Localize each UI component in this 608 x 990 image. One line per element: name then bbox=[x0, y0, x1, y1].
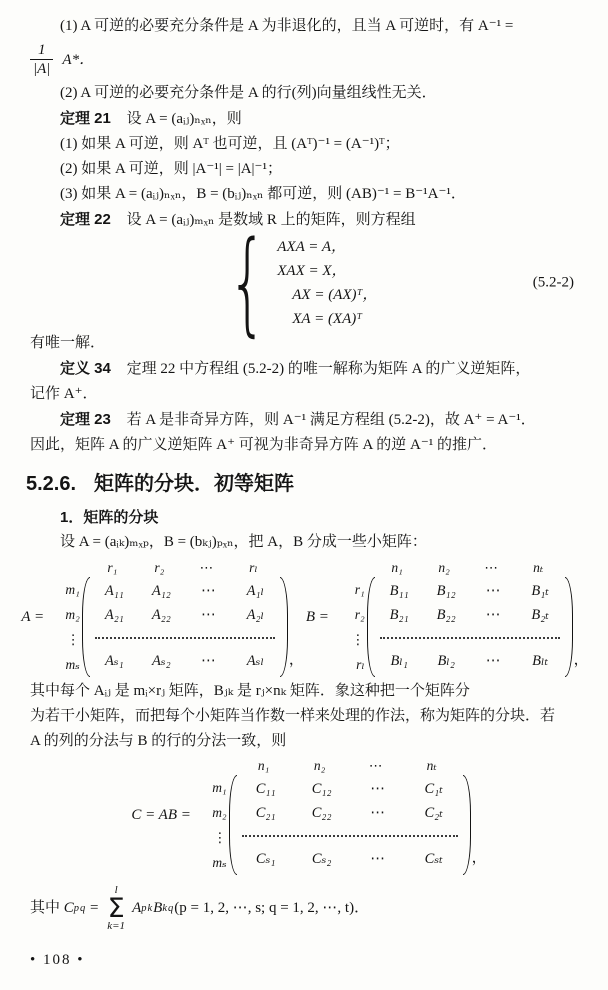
matrix-cell: B₁₁ bbox=[376, 579, 423, 603]
matrix-cell: Bₗ₁ bbox=[376, 649, 423, 673]
matrix-row-labels: r₁r₂⋮rₗ bbox=[339, 577, 367, 677]
text-line: 1．矩阵的分块 bbox=[60, 509, 158, 526]
text-line: (2) A 可逆的必要充分条件是 A 的行(列)向量组线性无关． bbox=[60, 85, 437, 101]
matrix-row: B₂₁B₂₂⋯B₂ₜ bbox=[376, 603, 564, 627]
matrix-cells: A₁₁A₁₂⋯A₁ₗA₂₁A₂₂⋯A₂ₗAₛ₁Aₛ₂⋯Aₛₗ bbox=[90, 577, 280, 677]
paragraph-invertible-item2: (2) A 可逆的必要充分条件是 A 的行(列)向量组线性无关． bbox=[30, 81, 588, 106]
partitioned-matrix-a: A = r₁r₂⋯rₗm₁m₂⋮mₛA₁₁A₁₂⋯A₁ₗA₂₁A₂₂⋯A₂ₗAₛ… bbox=[21, 558, 304, 677]
matrix-cell: ⋯ bbox=[185, 579, 232, 603]
matrix-cell: ⋯ bbox=[350, 801, 406, 825]
text-line: 为若干小矩阵，而把每个小矩阵当作数一样来处理的作法，称为矩阵的分块．若 bbox=[30, 708, 555, 724]
left-brace: { bbox=[228, 235, 267, 331]
theorem-23-line1: 定理 23 若 A 是非奇异方阵，则 A⁻¹ 满足方程组 (5.2-2)，故 A… bbox=[30, 407, 588, 433]
matrix-cell: Cₛ₂ bbox=[294, 847, 350, 871]
matrix-cell: ⋯ bbox=[185, 603, 232, 627]
matrix-cell: A₁ₗ bbox=[232, 579, 279, 603]
matrix-cell: A₂₁ bbox=[91, 603, 138, 627]
formula-condition: (p = 1, 2, ⋯, s; q = 1, 2, ⋯, t)． bbox=[174, 896, 369, 921]
right-parenthesis bbox=[463, 775, 471, 875]
fraction: 1 |A| bbox=[30, 42, 53, 78]
matrix-column-header: ⋯ bbox=[183, 558, 230, 577]
equation-line: AXA = A， bbox=[277, 235, 377, 259]
matrix-cell: ⋯ bbox=[350, 847, 406, 871]
section-title: 矩阵的分块．初等矩阵 bbox=[94, 471, 294, 497]
text-line: 定理 22 中方程组 (5.2-2) 的唯一解称为矩阵 A 的广义逆矩阵， bbox=[127, 361, 531, 377]
definition-34-label: 定义 34 bbox=[60, 360, 111, 377]
matrix-row: Cₛ₁Cₛ₂⋯Cₛₜ bbox=[238, 847, 462, 871]
matrix-cell: ⋯ bbox=[470, 579, 517, 603]
matrix-cell: Cₛₜ bbox=[406, 847, 462, 871]
paragraph-invertible-item1: (1) A 可逆的必要充分条件是 A 为非退化的，且当 A 可逆时，有 A⁻¹ … bbox=[30, 14, 588, 39]
matrix-lhs: B = bbox=[306, 605, 333, 630]
matrix-row: Bₗ₁Bₗ₂⋯Bₗₜ bbox=[376, 649, 564, 673]
equation-number: (5.2-2) bbox=[533, 271, 574, 296]
definition-34-line1: 定义 34 定理 22 中方程组 (5.2-2) 的唯一解称为矩阵 A 的广义逆… bbox=[30, 356, 588, 382]
matrix-cell: B₁ₜ bbox=[517, 579, 564, 603]
matrix-lhs: A = bbox=[21, 605, 48, 630]
matrix-cells: B₁₁B₁₂⋯B₁ₜB₂₁B₂₂⋯B₂ₜBₗ₁Bₗ₂⋯Bₗₜ bbox=[375, 577, 565, 677]
theorem-21-heading: 定理 21 设 A = (aᵢⱼ)ₙₓₙ，则 bbox=[30, 106, 588, 132]
a-subscript: pk bbox=[141, 896, 153, 921]
subsection-heading: 1．矩阵的分块 bbox=[30, 506, 588, 530]
text-line: 因此，矩阵 A 的广义逆矩阵 A⁺ 可视为非奇异方阵 A 的逆 A⁻¹ 的推广． bbox=[30, 437, 497, 453]
right-parenthesis bbox=[565, 577, 573, 677]
matrix-column-header: rₗ bbox=[230, 558, 277, 577]
matrix-trailing-comma: ， bbox=[471, 846, 487, 875]
matrix-cell: C₁₁ bbox=[238, 777, 294, 801]
matrix-row-label: r₁ bbox=[339, 577, 365, 602]
text-line: 设 A = (aᵢₖ)ₘₓₚ，B = (bₖⱼ)ₚₓₙ，把 A，B 分成一些小矩… bbox=[60, 534, 427, 550]
matrix-cell: Bₗ₂ bbox=[423, 649, 470, 673]
matrix-cell: Cₛ₁ bbox=[238, 847, 294, 871]
matrix-column-headers: r₁r₂⋯rₗ bbox=[89, 558, 288, 577]
partition-paragraph-line1: 其中每个 Aᵢⱼ 是 mᵢ×rⱼ 矩阵，Bⱼₖ 是 rⱼ×nₖ 矩阵．象这种把一… bbox=[30, 679, 588, 704]
matrix-column-header: ⋯ bbox=[468, 558, 515, 577]
section-number: 5.2.6. bbox=[26, 471, 76, 497]
theorem-23-label: 定理 23 bbox=[60, 411, 111, 428]
c-variable: C bbox=[64, 896, 74, 921]
matrix-row-label: rₗ bbox=[339, 652, 365, 677]
matrix-column-headers: n₁n₂⋯nₜ bbox=[374, 558, 573, 577]
formula-prefix: 其中 bbox=[30, 896, 64, 921]
matrix-cell: B₂₂ bbox=[423, 603, 470, 627]
matrix-dotted-row bbox=[238, 825, 462, 847]
matrix-cell: A₁₂ bbox=[138, 579, 185, 603]
matrix-cell: B₂₁ bbox=[376, 603, 423, 627]
matrix-row-label: r₂ bbox=[339, 602, 365, 627]
left-parenthesis bbox=[367, 577, 375, 677]
matrix-body: m₁m₂⋮mₛC₁₁C₁₂⋯C₁ₜC₂₁C₂₂⋯C₂ₜCₛ₁Cₛ₂⋯Cₛₜ bbox=[201, 775, 471, 875]
matrix-trailing-comma: ， bbox=[288, 648, 304, 677]
text-line: (2) 如果 A 可逆，则 |A⁻¹| = |A|⁻¹； bbox=[60, 161, 282, 177]
block-product-formula: 其中 Cpq = l Σ k=1 Apk Bkq (p = 1, 2, ⋯, s… bbox=[30, 882, 588, 934]
matrix-column-header: n₂ bbox=[421, 558, 468, 577]
text-line: (1) A 可逆的必要充分条件是 A 为非退化的，且当 A 可逆时，有 A⁻¹ … bbox=[60, 18, 513, 34]
text-line: 其中每个 Aᵢⱼ 是 mᵢ×rⱼ 矩阵，Bⱼₖ 是 rⱼ×nₖ 矩阵．象这种把一… bbox=[30, 683, 470, 699]
matrix-row: A₁₁A₁₂⋯A₁ₗ bbox=[91, 579, 279, 603]
matrix-cell: Aₛ₂ bbox=[138, 649, 185, 673]
matrix-row-label: mₛ bbox=[54, 652, 80, 677]
matrix-cell: Aₛₗ bbox=[232, 649, 279, 673]
c-subscript: pq bbox=[74, 896, 87, 921]
theorem-21-item-3: (3) 如果 A = (aᵢⱼ)ₙₓₙ，B = (bᵢⱼ)ₙₓₙ 都可逆，则 (… bbox=[30, 182, 588, 207]
matrix-cell: ⋯ bbox=[470, 649, 517, 673]
partition-paragraph-line3: A 的列的分法与 B 的行的分法一致，则 bbox=[30, 729, 588, 754]
partitioned-matrices-a-b: A = r₁r₂⋯rₗm₁m₂⋮mₛA₁₁A₁₂⋯A₁ₗA₂₁A₂₂⋯A₂ₗAₛ… bbox=[22, 558, 588, 677]
matrix-cell: Aₛ₁ bbox=[91, 649, 138, 673]
page-number: • 108 • bbox=[30, 948, 588, 973]
left-parenthesis bbox=[82, 577, 90, 677]
equals-sign: = bbox=[86, 896, 102, 921]
matrix-column-header: n₁ bbox=[374, 558, 421, 577]
theorem-23-line2: 因此，矩阵 A 的广义逆矩阵 A⁺ 可视为非奇异方阵 A 的逆 A⁻¹ 的推广． bbox=[30, 433, 588, 458]
matrix-row: A₂₁A₂₂⋯A₂ₗ bbox=[91, 603, 279, 627]
fraction-denominator: |A| bbox=[30, 59, 53, 78]
matrix-row-label: m₂ bbox=[201, 800, 227, 825]
matrix-cell: C₁ₜ bbox=[406, 777, 462, 801]
matrix-body: r₁r₂⋮rₗB₁₁B₁₂⋯B₁ₜB₂₁B₂₂⋯B₂ₜBₗ₁Bₗ₂⋯Bₗₜ bbox=[339, 577, 573, 677]
partition-setup-line: 设 A = (aᵢₖ)ₘₓₚ，B = (bₖⱼ)ₚₓₙ，把 A，B 分成一些小矩… bbox=[30, 530, 588, 555]
matrix-column-header: nₜ bbox=[404, 756, 460, 775]
matrix-row: Aₛ₁Aₛ₂⋯Aₛₗ bbox=[91, 649, 279, 673]
matrix-cell: ⋯ bbox=[350, 777, 406, 801]
section-heading: 5.2.6. 矩阵的分块．初等矩阵 bbox=[26, 471, 588, 497]
theorem-22-label: 定理 22 bbox=[60, 211, 111, 228]
matrix-cell: C₁₂ bbox=[294, 777, 350, 801]
fraction-numerator: 1 bbox=[38, 42, 46, 59]
text-line: A 的列的分法与 B 的行的分法一致，则 bbox=[30, 733, 286, 749]
matrix-row-labels: m₁m₂⋮mₛ bbox=[201, 775, 229, 875]
matrix-column-header: n₁ bbox=[236, 756, 292, 775]
text-line: 记作 A⁺． bbox=[30, 386, 98, 402]
theorem-21-item-1: (1) 如果 A 可逆，则 Aᵀ 也可逆，且 (Aᵀ)⁻¹ = (A⁻¹)ᵀ； bbox=[30, 132, 588, 157]
partition-paragraph-line2: 为若干小矩阵，而把每个小矩阵当作数一样来处理的作法，称为矩阵的分块．若 bbox=[30, 704, 588, 729]
b-variable: B bbox=[153, 896, 162, 921]
matrix-body: m₁m₂⋮mₛA₁₁A₁₂⋯A₁ₗA₂₁A₂₂⋯A₂ₗAₛ₁Aₛ₂⋯Aₛₗ bbox=[54, 577, 288, 677]
matrix-stack: r₁r₂⋯rₗm₁m₂⋮mₛA₁₁A₁₂⋯A₁ₗA₂₁A₂₂⋯A₂ₗAₛ₁Aₛ₂… bbox=[54, 558, 288, 677]
partitioned-matrix-c: C = AB = n₁n₂⋯nₜm₁m₂⋮mₛC₁₁C₁₂⋯C₁ₜC₂₁C₂₂⋯… bbox=[131, 756, 486, 875]
matrix-cell: C₂₁ bbox=[238, 801, 294, 825]
matrix-cell: B₂ₜ bbox=[517, 603, 564, 627]
matrix-cell: A₂ₗ bbox=[232, 603, 279, 627]
equation-system-5-2-2: { AXA = A， XAX = X， AX = (AX)ᵀ， XA = (XA… bbox=[30, 235, 588, 331]
equation-system-body: { AXA = A， XAX = X， AX = (AX)ᵀ， XA = (XA… bbox=[212, 235, 588, 331]
matrix-dotted-row bbox=[376, 627, 564, 649]
text-line: (1) 如果 A 可逆，则 Aᵀ 也可逆，且 (Aᵀ)⁻¹ = (A⁻¹)ᵀ； bbox=[60, 136, 400, 152]
definition-34-line2: 记作 A⁺． bbox=[30, 382, 588, 407]
matrix-column-header: nₜ bbox=[515, 558, 562, 577]
sigma-glyph: Σ bbox=[108, 896, 125, 921]
matrix-row-label: ⋮ bbox=[339, 627, 365, 652]
matrix-stack: n₁n₂⋯nₜm₁m₂⋮mₛC₁₁C₁₂⋯C₁ₜC₂₁C₂₂⋯C₂ₜCₛ₁Cₛ₂… bbox=[201, 756, 471, 875]
equation-line: AX = (AX)ᵀ， bbox=[277, 283, 377, 307]
b-subscript: kq bbox=[162, 896, 174, 921]
matrix-stack: n₁n₂⋯nₜr₁r₂⋮rₗB₁₁B₁₂⋯B₁ₜB₂₁B₂₂⋯B₂ₜBₗ₁Bₗ₂… bbox=[339, 558, 573, 677]
matrix-row-label: m₁ bbox=[201, 775, 227, 800]
matrix-row: C₂₁C₂₂⋯C₂ₜ bbox=[238, 801, 462, 825]
matrix-dotted-row bbox=[91, 627, 279, 649]
matrix-row: C₁₁C₁₂⋯C₁ₜ bbox=[238, 777, 462, 801]
matrix-row: B₁₁B₁₂⋯B₁ₜ bbox=[376, 579, 564, 603]
matrix-cell: A₂₂ bbox=[138, 603, 185, 627]
matrix-row-label: ⋮ bbox=[54, 627, 80, 652]
adjugate-symbol: A*． bbox=[62, 48, 94, 73]
theorem-22-outro: 有唯一解． bbox=[30, 331, 588, 356]
matrix-cell: A₁₁ bbox=[91, 579, 138, 603]
left-parenthesis bbox=[229, 775, 237, 875]
partitioned-matrix-c-row: C = AB = n₁n₂⋯nₜm₁m₂⋮mₛC₁₁C₁₂⋯C₁ₜC₂₁C₂₂⋯… bbox=[30, 756, 588, 875]
matrix-row-labels: m₁m₂⋮mₛ bbox=[54, 577, 82, 677]
theorem-21-intro: 设 A = (aᵢⱼ)ₙₓₙ，则 bbox=[127, 111, 242, 127]
book-page: (1) A 可逆的必要充分条件是 A 为非退化的，且当 A 可逆时，有 A⁻¹ … bbox=[0, 0, 608, 990]
matrix-row-label: m₁ bbox=[54, 577, 80, 602]
theorem-21-item-2: (2) 如果 A 可逆，则 |A⁻¹| = |A|⁻¹； bbox=[30, 157, 588, 182]
partitioned-matrix-b: B = n₁n₂⋯nₜr₁r₂⋮rₗB₁₁B₁₂⋯B₁ₜB₂₁B₂₂⋯B₂ₜBₗ… bbox=[306, 558, 589, 677]
matrix-cell: C₂ₜ bbox=[406, 801, 462, 825]
theorem-21-label: 定理 21 bbox=[60, 110, 111, 127]
theorem-22-intro: 设 A = (aᵢⱼ)ₘₓₙ 是数域 R 上的矩阵，则方程组 bbox=[127, 212, 416, 228]
matrix-row-label: ⋮ bbox=[201, 825, 227, 850]
matrix-cells: C₁₁C₁₂⋯C₁ₜC₂₁C₂₂⋯C₂ₜCₛ₁Cₛ₂⋯Cₛₜ bbox=[237, 775, 463, 875]
matrix-column-header: ⋯ bbox=[348, 756, 404, 775]
matrix-column-header: n₂ bbox=[292, 756, 348, 775]
matrix-cell: C₂₂ bbox=[294, 801, 350, 825]
matrix-trailing-comma: ， bbox=[573, 648, 589, 677]
matrix-lhs: C = AB = bbox=[131, 803, 194, 828]
equation-lines: AXA = A， XAX = X， AX = (AX)ᵀ， XA = (XA)ᵀ bbox=[277, 235, 377, 331]
matrix-cell: ⋯ bbox=[470, 603, 517, 627]
summation-symbol: l Σ k=1 bbox=[107, 885, 125, 932]
summation-lower-limit: k=1 bbox=[107, 921, 125, 932]
text-line: (3) 如果 A = (aᵢⱼ)ₙₓₙ，B = (bᵢⱼ)ₙₓₙ 都可逆，则 (… bbox=[60, 186, 466, 202]
text-line: 有唯一解． bbox=[30, 335, 105, 351]
matrix-cell: B₁₂ bbox=[423, 579, 470, 603]
formula-inverse-adjugate: 1 |A| A*． bbox=[30, 39, 588, 81]
equation-line: XA = (XA)ᵀ bbox=[277, 307, 377, 331]
matrix-cell: ⋯ bbox=[185, 649, 232, 673]
theorem-22-heading: 定理 22 设 A = (aᵢⱼ)ₘₓₙ 是数域 R 上的矩阵，则方程组 bbox=[30, 207, 588, 233]
a-variable: A bbox=[132, 896, 141, 921]
matrix-column-header: r₂ bbox=[136, 558, 183, 577]
matrix-cell: Bₗₜ bbox=[517, 649, 564, 673]
equation-line: XAX = X， bbox=[277, 259, 377, 283]
matrix-column-headers: n₁n₂⋯nₜ bbox=[236, 756, 471, 775]
matrix-column-header: r₁ bbox=[89, 558, 136, 577]
text-line: 若 A 是非奇异方阵，则 A⁻¹ 满足方程组 (5.2-2)，故 A⁺ = A⁻… bbox=[127, 412, 536, 428]
matrix-row-label: m₂ bbox=[54, 602, 80, 627]
right-parenthesis bbox=[280, 577, 288, 677]
matrix-row-label: mₛ bbox=[201, 850, 227, 875]
